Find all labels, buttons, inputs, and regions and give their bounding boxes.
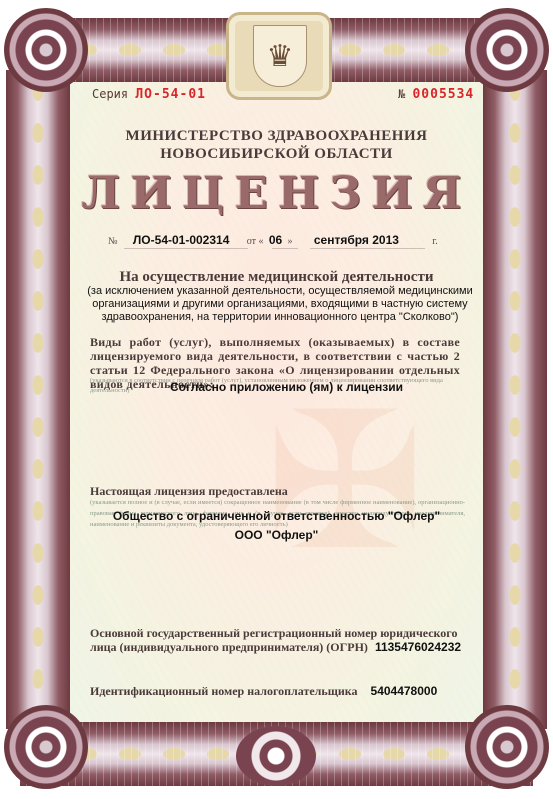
ogrn-row: Основной государственный регистрационный… — [90, 626, 470, 654]
inn-row: Идентификационный номер налогоплательщик… — [90, 684, 437, 699]
ministry-line-1: МИНИСТЕРСТВО ЗДРАВООХРАНЕНИЯ — [70, 128, 483, 145]
license-month-year: сентября 2013 — [314, 233, 399, 247]
state-emblem: ♛ — [226, 12, 332, 100]
eagle-watermark-icon: ✠ — [245, 382, 445, 582]
number-value: 0005534 — [412, 87, 474, 102]
document-title: ЛИЦЕНЗИЯ — [70, 168, 483, 219]
underline — [272, 248, 298, 249]
license-number-row: № ЛО-54-01-002314 от « 06 » сентября 201… — [108, 233, 448, 247]
license-document: ✠ ♛ Серия ЛО-54-01 № 0005534 МИНИСТЕРСТВ… — [0, 0, 553, 799]
license-number: ЛО-54-01-002314 — [133, 233, 229, 247]
company-full-name: Общество с ограниченной ответственностью… — [70, 509, 483, 523]
corner-rosette-icon — [4, 705, 88, 789]
series: Серия ЛО-54-01 — [92, 87, 206, 102]
inn-label: Идентификационный номер налогоплательщик… — [90, 684, 358, 698]
ornamental-border-left — [6, 70, 70, 729]
license-no-label: № — [108, 236, 118, 247]
underline — [124, 248, 248, 249]
activity-title: На осуществление медицинской деятельност… — [70, 269, 483, 286]
inn-value: 5404478000 — [371, 684, 438, 698]
underline — [310, 248, 425, 249]
coat-of-arms-icon: ♛ — [253, 25, 307, 87]
ministry-line-2: НОВОСИБИРСКОЙ ОБЛАСТИ — [70, 146, 483, 163]
date-quote-close: » — [288, 236, 293, 247]
series-value: ЛО-54-01 — [135, 87, 206, 102]
corner-rosette-icon — [465, 705, 549, 789]
bottom-rosette-icon — [236, 726, 316, 786]
number-label: № — [398, 87, 405, 101]
corner-rosette-icon — [465, 8, 549, 92]
date-from-label: от « — [247, 236, 264, 247]
company-short-name: ООО "Офлер" — [70, 528, 483, 542]
series-label: Серия — [92, 87, 128, 101]
activity-note: (за исключением указанной деятельности, … — [60, 285, 500, 324]
work-types-value: Согласно приложению (ям) к лицензии — [170, 380, 403, 394]
ornamental-border-right — [483, 70, 547, 729]
license-day: 06 — [269, 233, 282, 247]
ogrn-value: 1135476024232 — [375, 640, 461, 654]
year-suffix: г. — [432, 236, 437, 247]
corner-rosette-icon — [4, 8, 88, 92]
blank-number: № 0005534 — [398, 87, 474, 102]
